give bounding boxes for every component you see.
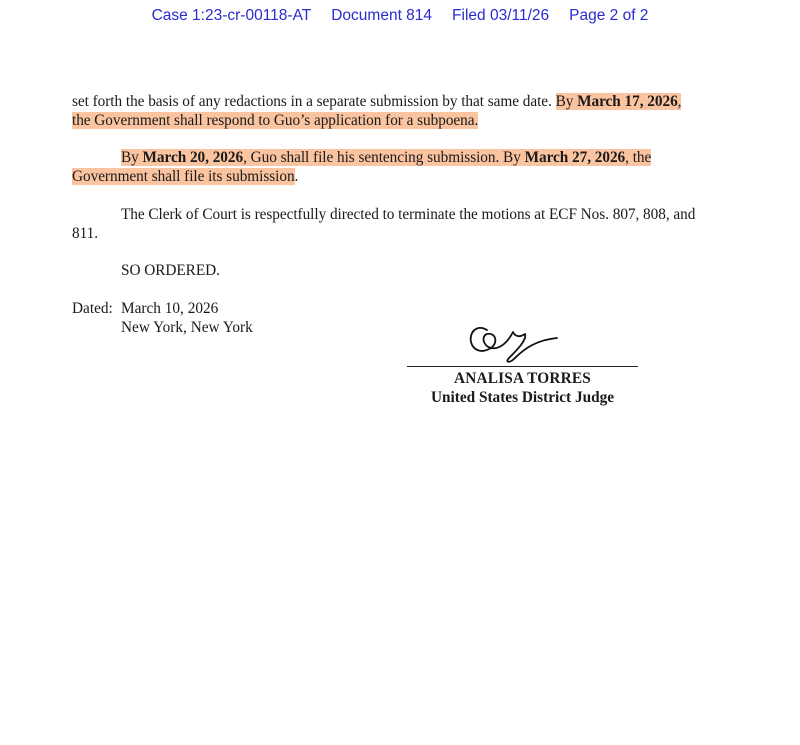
highlight-text-part: By (556, 93, 578, 110)
paragraph-text: SO ORDERED. (121, 262, 220, 279)
paragraph-text: . (295, 168, 299, 185)
deadline-date: March 20, 2026 (143, 149, 244, 166)
highlight-text-part: By (121, 149, 143, 166)
so-ordered: SO ORDERED. (72, 261, 702, 280)
dated-date: March 10, 2026 (121, 300, 218, 317)
case-number: Case 1:23-cr-00118-AT (152, 7, 312, 25)
dated-location: New York, New York (72, 318, 253, 337)
paragraph-clerk-directive: The Clerk of Court is respectfully direc… (72, 205, 702, 243)
dated-label: Dated: (72, 299, 121, 318)
document-number: Document 814 (331, 7, 432, 25)
paragraph-text: The Clerk of Court is respectfully direc… (72, 206, 695, 242)
ecf-filing-header: Case 1:23-cr-00118-ATDocument 814Filed 0… (0, 7, 800, 25)
judge-name: ANALISA TORRES (407, 369, 638, 388)
highlight-text-part: , Guo shall file his sentencing submissi… (243, 149, 524, 166)
highlighted-text: By March 20, 2026, Guo shall file his se… (72, 149, 651, 185)
judge-title: United States District Judge (407, 388, 638, 407)
dated-block: Dated:March 10, 2026 New York, New York (72, 299, 253, 337)
handwritten-signature-icon (465, 318, 575, 366)
paragraph-text: set forth the basis of any redactions in… (72, 93, 556, 110)
deadline-date: March 27, 2026 (525, 149, 626, 166)
signature-line (407, 366, 638, 367)
filed-date: Filed 03/11/26 (452, 7, 549, 25)
page-indicator: Page 2 of 2 (569, 7, 648, 25)
paragraph-sentencing-submissions: By March 20, 2026, Guo shall file his se… (72, 148, 702, 186)
paragraph-redactions-deadline: set forth the basis of any redactions in… (72, 92, 702, 130)
deadline-date: March 17, 2026 (577, 93, 678, 110)
